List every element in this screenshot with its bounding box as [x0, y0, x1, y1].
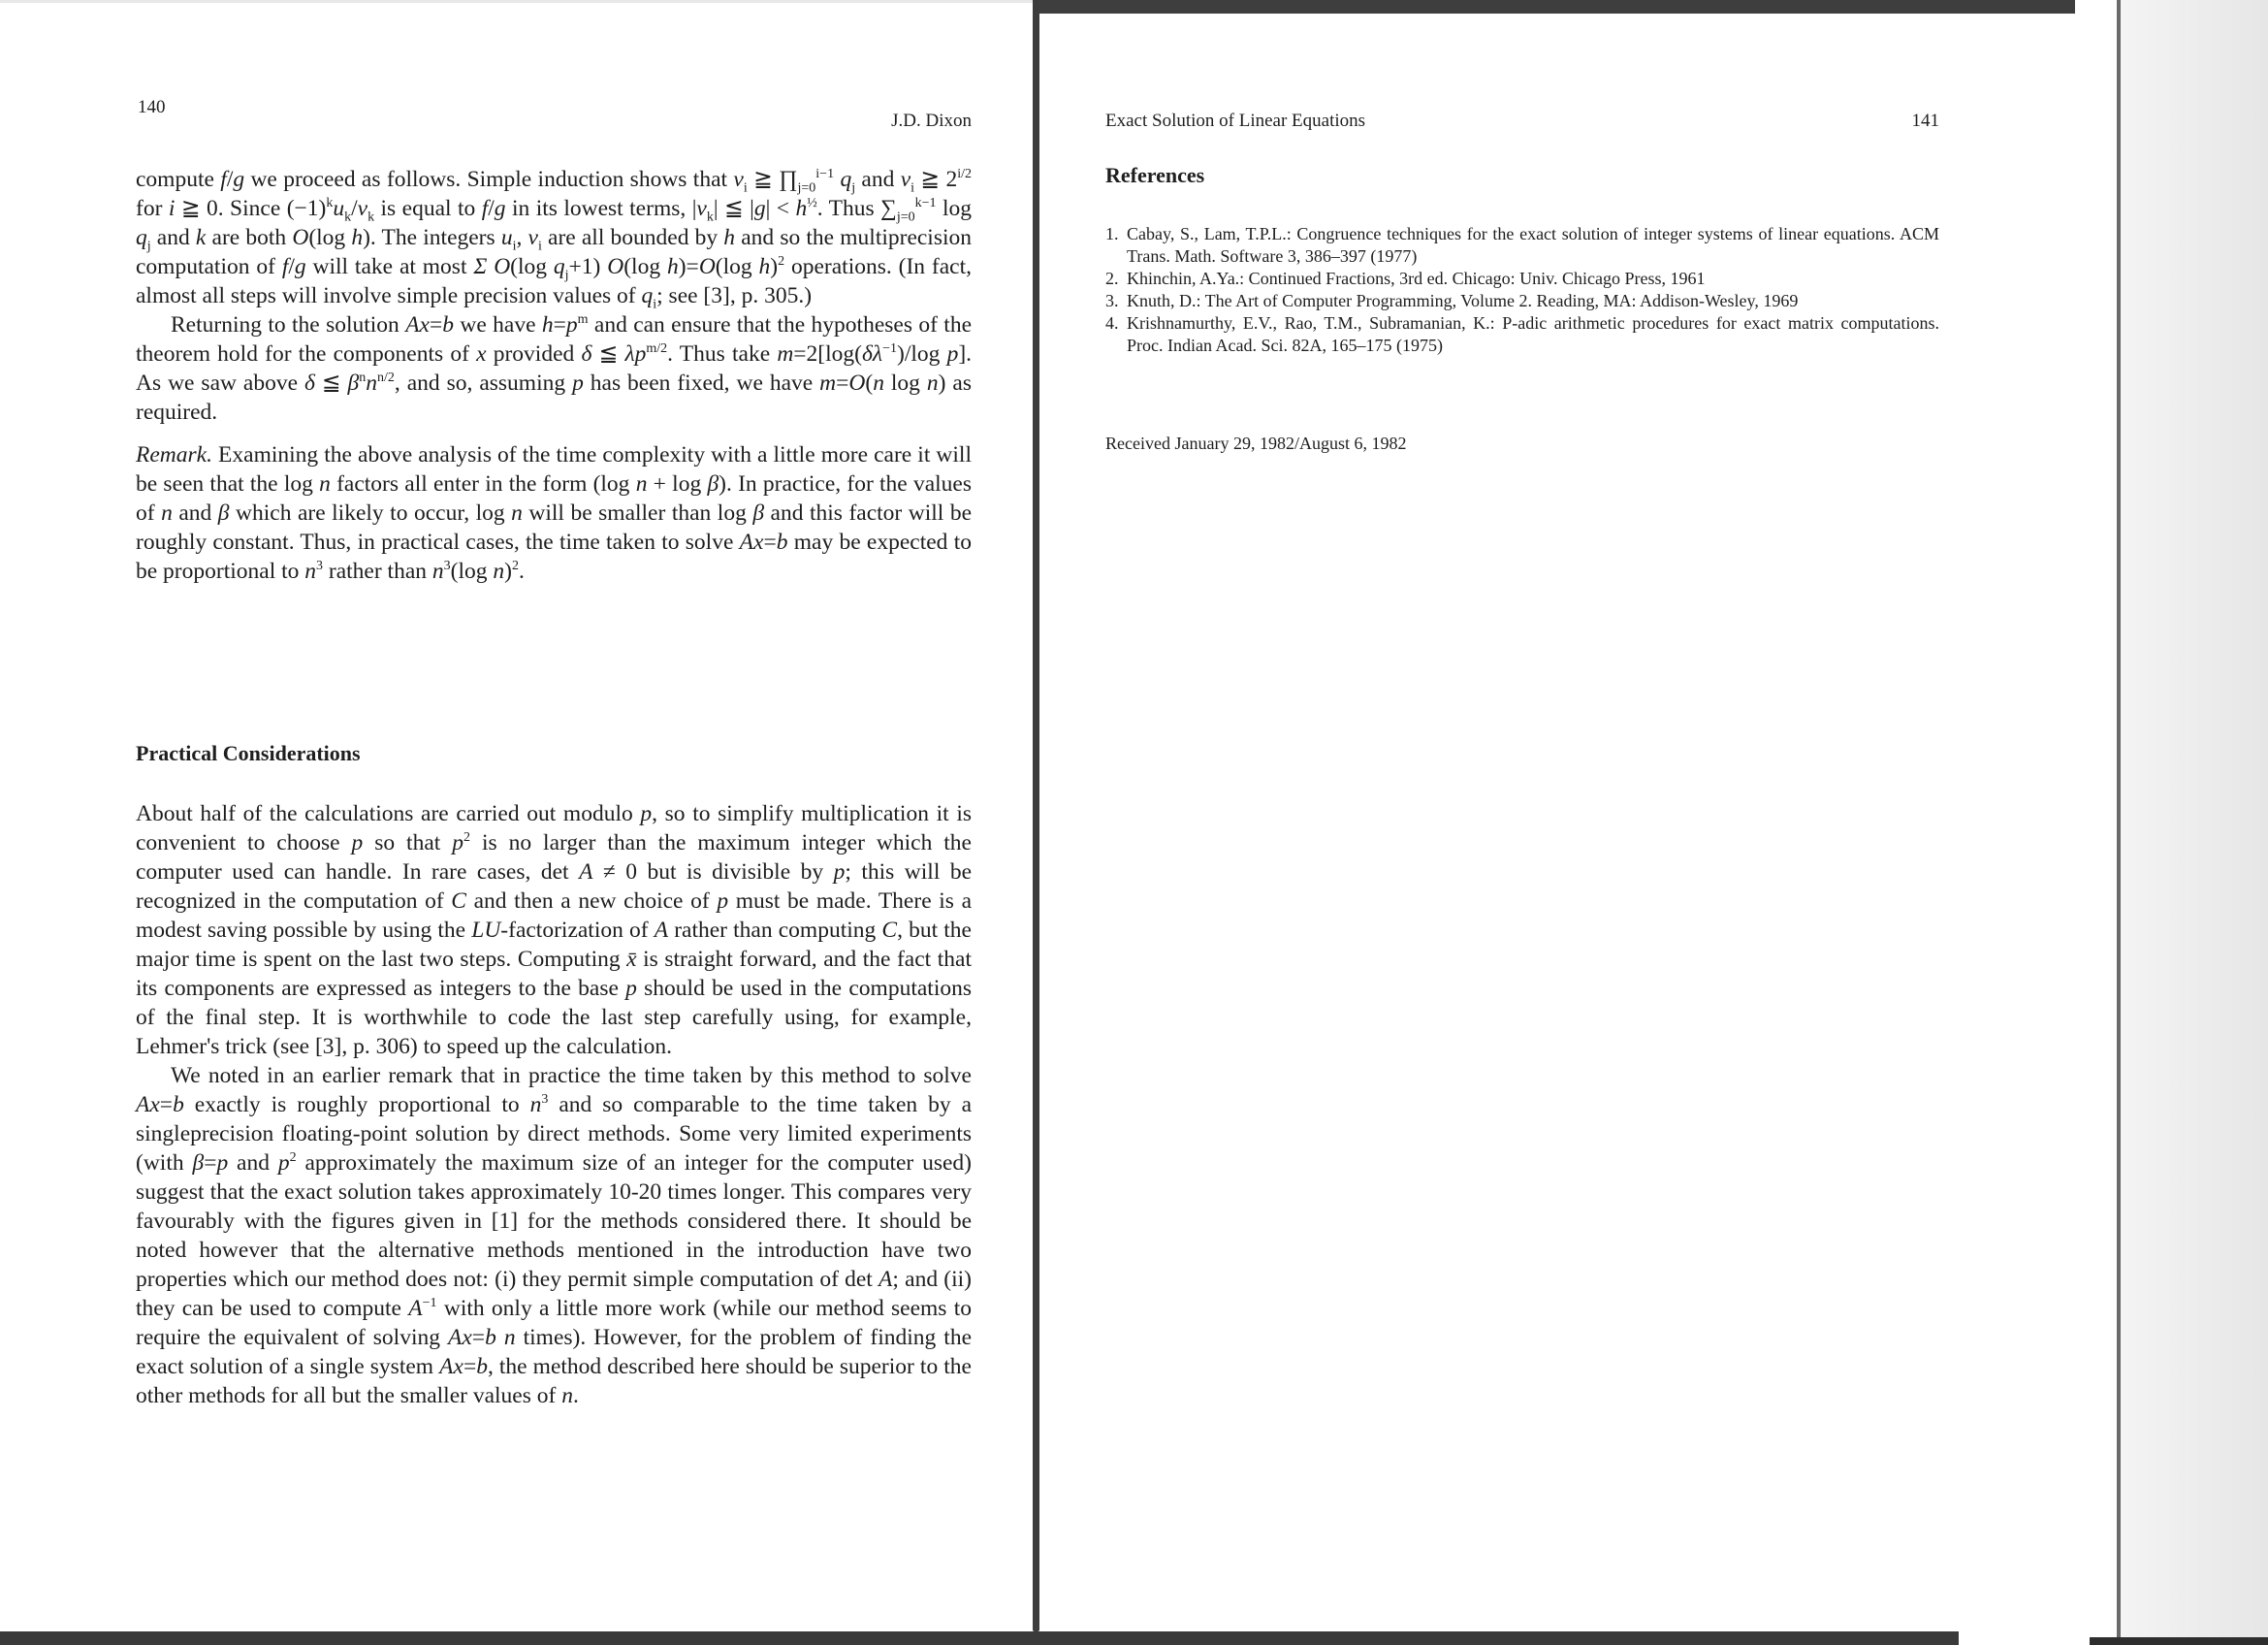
references-heading: References: [1105, 163, 1204, 188]
page-number-left: 140: [138, 97, 166, 118]
reference-item: 2. Khinchin, A.Ya.: Continued Fractions,…: [1105, 268, 1939, 290]
paragraph-remark: Remark. Examining the above analysis of …: [136, 440, 972, 586]
scan-outer-margin: [2121, 0, 2268, 1645]
paragraph-returning: Returning to the solution Ax=b we have h…: [136, 310, 972, 427]
reference-item: 1. Cabay, S., Lam, T.P.L.: Congruence te…: [1105, 223, 1939, 268]
section-heading: Practical Considerations: [136, 741, 361, 766]
paragraph-induction: compute f/g we proceed as follows. Simpl…: [136, 165, 972, 310]
section-paragraphs: About half of the calculations are carri…: [136, 799, 972, 1410]
body-paragraphs: compute f/g we proceed as follows. Simpl…: [136, 165, 972, 586]
scan-bottom-shadow-right: [2090, 1637, 2268, 1645]
book-gutter: [1033, 0, 1039, 1631]
running-head-title: Exact Solution of Linear Equations: [1105, 111, 1365, 132]
scan-bottom-shadow: [0, 1631, 1959, 1645]
received-date: Received January 29, 1982/August 6, 1982: [1105, 434, 1406, 454]
paragraph-modulo: About half of the calculations are carri…: [136, 799, 972, 1061]
reference-item: 3. Knuth, D.: The Art of Computer Progra…: [1105, 290, 1939, 312]
right-page: Exact Solution of Linear Equations 141 R…: [1105, 0, 1939, 1631]
page-number-right: 141: [1912, 111, 1940, 132]
references-list: 1. Cabay, S., Lam, T.P.L.: Congruence te…: [1105, 223, 1939, 357]
paragraph-comparison: We noted in an earlier remark that in pr…: [136, 1061, 972, 1410]
running-head-author: J.D. Dixon: [891, 111, 972, 132]
left-page: 140 J.D. Dixon compute f/g we proceed as…: [136, 0, 972, 1631]
reference-item: 4. Krishnamurthy, E.V., Rao, T.M., Subra…: [1105, 312, 1939, 357]
